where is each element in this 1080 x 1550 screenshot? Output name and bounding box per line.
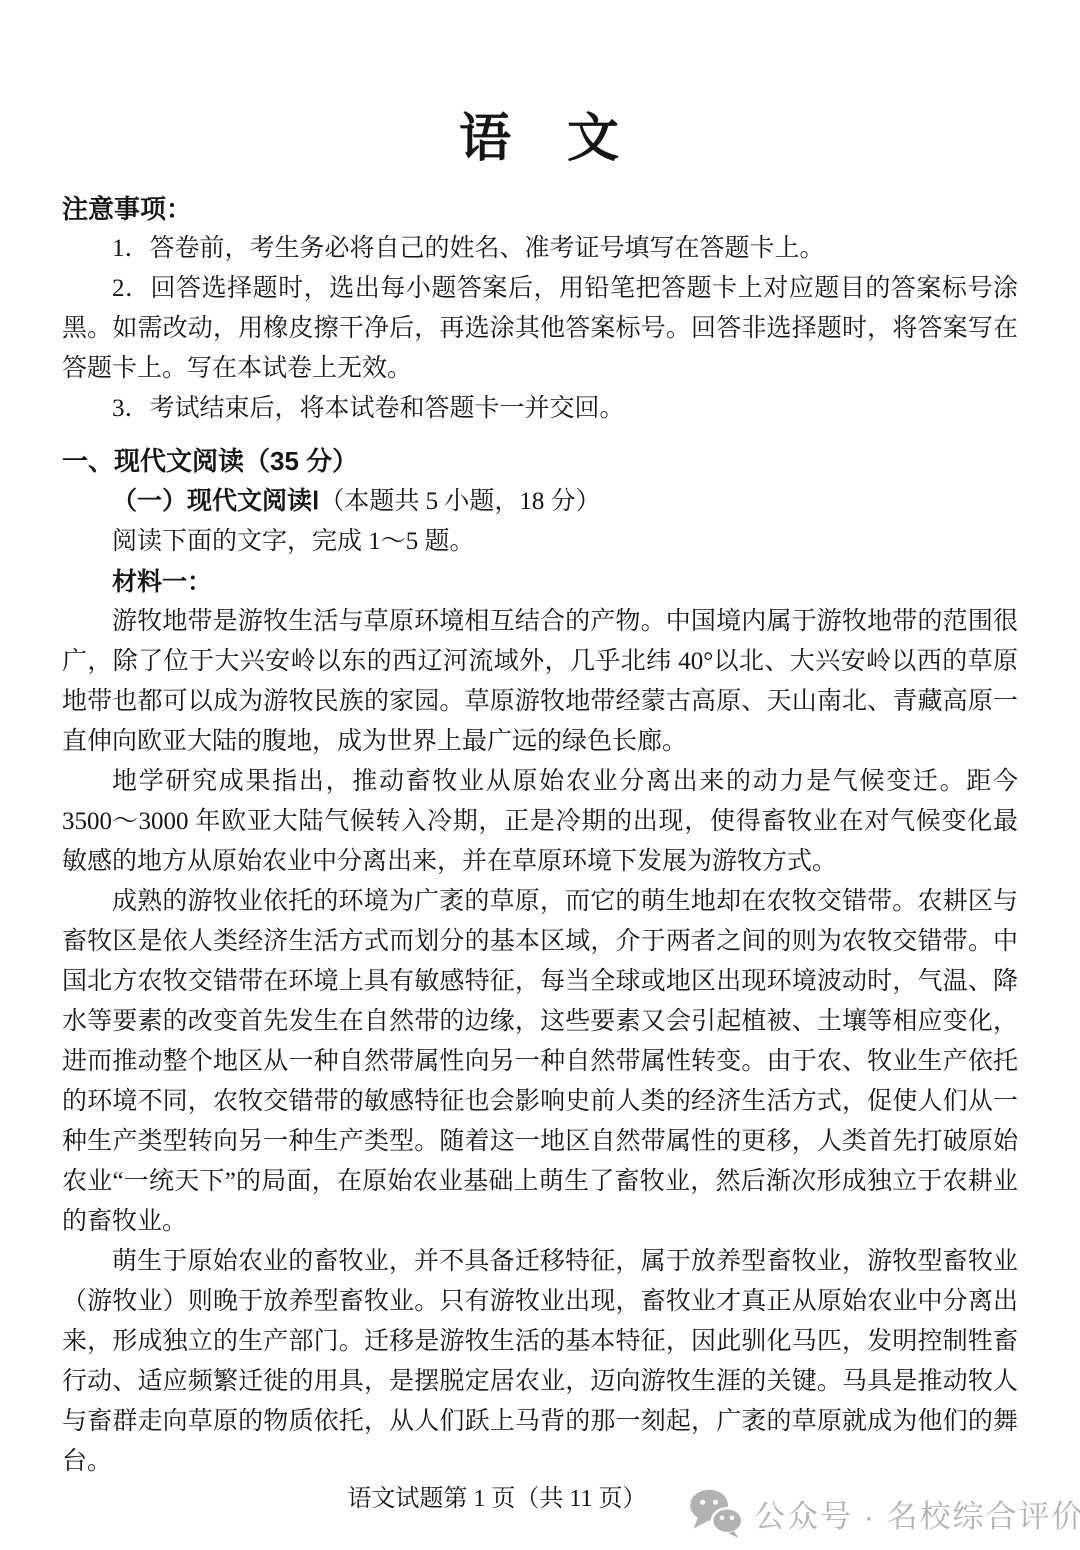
page-content: 语 文 注意事项： 1．答卷前，考生务必将自己的姓名、准考证号填写在答题卡上。 … xyxy=(62,0,1018,1482)
subsection-points: （本题共 5 小题，18 分） xyxy=(319,488,600,515)
wechat-icon xyxy=(688,1488,744,1538)
reading-instruction: 阅读下面的文字，完成 1～5 题。 xyxy=(62,522,1018,562)
subsection-heading: （一）现代文阅读Ⅰ（本题共 5 小题，18 分） xyxy=(62,481,1018,522)
section-heading: 一、现代文阅读（35 分） xyxy=(62,441,1018,481)
notice-item-1: 1．答卷前，考生务必将自己的姓名、准考证号填写在答题卡上。 xyxy=(62,229,1018,269)
material-paragraph-4: 萌生于原始农业的畜牧业，并不具备迁移特征，属于放养型畜牧业，游牧型畜牧业（游牧业… xyxy=(62,1242,1018,1482)
material-paragraph-3: 成熟的游牧业依托的环境为广袤的草原，而它的萌生地却在农牧交错带。农耕区与畜牧区是… xyxy=(62,882,1018,1242)
material-paragraph-1: 游牧地带是游牧生活与草原环境相互结合的产物。中国境内属于游牧地带的范围很广，除了… xyxy=(62,602,1018,762)
exam-page: 语 文 注意事项： 1．答卷前，考生务必将自己的姓名、准考证号填写在答题卡上。 … xyxy=(0,0,1080,1550)
notice-heading: 注意事项： xyxy=(62,189,1018,229)
notice-item-3: 3．考试结束后，将本试卷和答题卡一并交回。 xyxy=(62,389,1018,429)
material-label: 材料一： xyxy=(62,562,1018,602)
notice-item-2: 2．回答选择题时，选出每小题答案后，用铅笔把答题卡上对应题目的答案标号涂黑。如需… xyxy=(62,269,1018,389)
watermark-text: 公众号 · 名校综合评价 xyxy=(754,1491,1080,1536)
page-title: 语 文 xyxy=(62,103,1018,175)
watermark: 公众号 · 名校综合评价 xyxy=(688,1488,1080,1538)
subsection-title: （一）现代文阅读Ⅰ xyxy=(112,487,319,515)
material-paragraph-2: 地学研究成果指出，推动畜牧业从原始农业分离出来的动力是气候变迁。距今 3500～… xyxy=(62,762,1018,882)
